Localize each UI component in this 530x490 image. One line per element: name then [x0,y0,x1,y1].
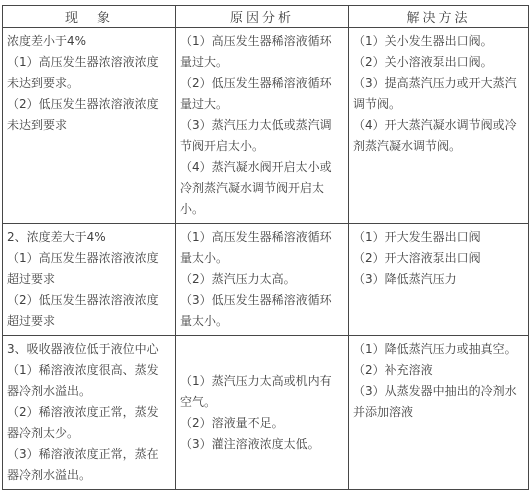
cell-line: （1）蒸汽压力太高或机内有空气。 [180,371,343,413]
phenomenon-cell: 2、浓度差大于4%（1）高压发生器浓溶液浓度超过要求（2）低压发生器浓溶液浓度超… [3,224,176,336]
solution-cell: （1）开大发生器出口阀（2）开大溶液泵出口阀（3）降低蒸汽压力 [349,224,529,336]
cell-line: （3）蒸汽压力太低或蒸汽调节阀开启太小。 [180,115,343,157]
table-row: 2、浓度差大于4%（1）高压发生器浓溶液浓度超过要求（2）低压发生器浓溶液浓度超… [3,224,529,336]
cell-line: 浓度差小于4% [7,31,170,52]
cause-cell: （1）高压发生器稀溶液循环量太小。（2）蒸汽压力太高。（3）低压发生器稀溶液循环… [176,224,349,336]
cell-line: 2、浓度差大于4% [7,227,170,248]
cell-line: （3）从蒸发器中抽出的冷剂水并添加溶液 [353,381,523,423]
cell-line: （2）低压发生器稀溶液循环量过大。 [180,73,343,115]
troubleshooting-table: 现 象 原因分析 解决方法 浓度差小于4%（1）高压发生器浓溶液浓度未达到要求。… [2,5,529,490]
cause-cell: （1）高压发生器稀溶液循环量过大。（2）低压发生器稀溶液循环量过大。（3）蒸汽压… [176,28,349,224]
solution-cell: （1）降低蒸汽压力或抽真空。（2）补充溶液（3）从蒸发器中抽出的冷剂水并添加溶液 [349,336,529,490]
cause-cell: （1）蒸汽压力太高或机内有空气。（2）溶液量不足。（3）灌注溶液浓度太低。 [176,336,349,490]
cell-line: （2）溶液量不足。 [180,413,343,434]
table-row: 浓度差小于4%（1）高压发生器浓溶液浓度未达到要求。（2）低压发生器浓溶液浓度未… [3,28,529,224]
phenomenon-cell: 3、吸收器液位低于液位中心（1）稀溶液浓度很高、蒸发器冷剂水溢出。（2）稀溶液浓… [3,336,176,490]
cell-line: （2）稀溶液浓度正常，蒸发器冷剂太少。 [7,402,170,444]
cell-line: （2）低压发生器浓溶液浓度超过要求 [7,290,170,332]
solution-cell: （1）关小发生器出口阀。（2）关小溶液泵出口阀。（3）提高蒸汽压力或开大蒸汽调节… [349,28,529,224]
table-row: 3、吸收器液位低于液位中心（1）稀溶液浓度很高、蒸发器冷剂水溢出。（2）稀溶液浓… [3,336,529,490]
cell-line: （3）低压发生器稀溶液循环量太小。 [180,290,343,332]
cell-line: （4）开大蒸汽凝水调节阀或冷剂蒸汽凝水调节阀。 [353,115,523,157]
cell-line: 3、吸收器液位低于液位中心 [7,339,170,360]
cell-line: （3）灌注溶液浓度太低。 [180,434,343,455]
cell-line: （1）高压发生器浓溶液浓度超过要求 [7,248,170,290]
cell-line: （2）蒸汽压力太高。 [180,269,343,290]
header-cell-solution: 解决方法 [349,6,529,28]
cell-line: （1）高压发生器稀溶液循环量过大。 [180,31,343,73]
cell-line: （1）高压发生器浓溶液浓度未达到要求。 [7,52,170,94]
cell-line: （2）低压发生器浓溶液浓度未达到要求 [7,94,170,136]
phenomenon-cell: 浓度差小于4%（1）高压发生器浓溶液浓度未达到要求。（2）低压发生器浓溶液浓度未… [3,28,176,224]
cell-line: （3）降低蒸汽压力 [353,269,523,290]
cell-line: （1）稀溶液浓度很高、蒸发器冷剂水溢出。 [7,360,170,402]
cell-line: （2）补充溶液 [353,360,523,381]
cell-line: （3）稀溶液浓度正常，蒸在器冷剂水溢出。 [7,444,170,486]
cell-line: （2）关小溶液泵出口阀。 [353,52,523,73]
header-row: 现 象 原因分析 解决方法 [3,6,529,28]
cell-line: （1）开大发生器出口阀 [353,227,523,248]
cell-line: （1）高压发生器稀溶液循环量太小。 [180,227,343,269]
cell-line: （4）蒸汽凝水阀开启太小或冷剂蒸汽凝水调节阀开启太小。 [180,157,343,220]
header-cell-cause: 原因分析 [176,6,349,28]
cell-line: （1）降低蒸汽压力或抽真空。 [353,339,523,360]
cell-line: （3）提高蒸汽压力或开大蒸汽调节阀。 [353,73,523,115]
cell-line: （1）关小发生器出口阀。 [353,31,523,52]
header-cell-phenomenon: 现 象 [3,6,176,28]
cell-line: （2）开大溶液泵出口阀 [353,248,523,269]
